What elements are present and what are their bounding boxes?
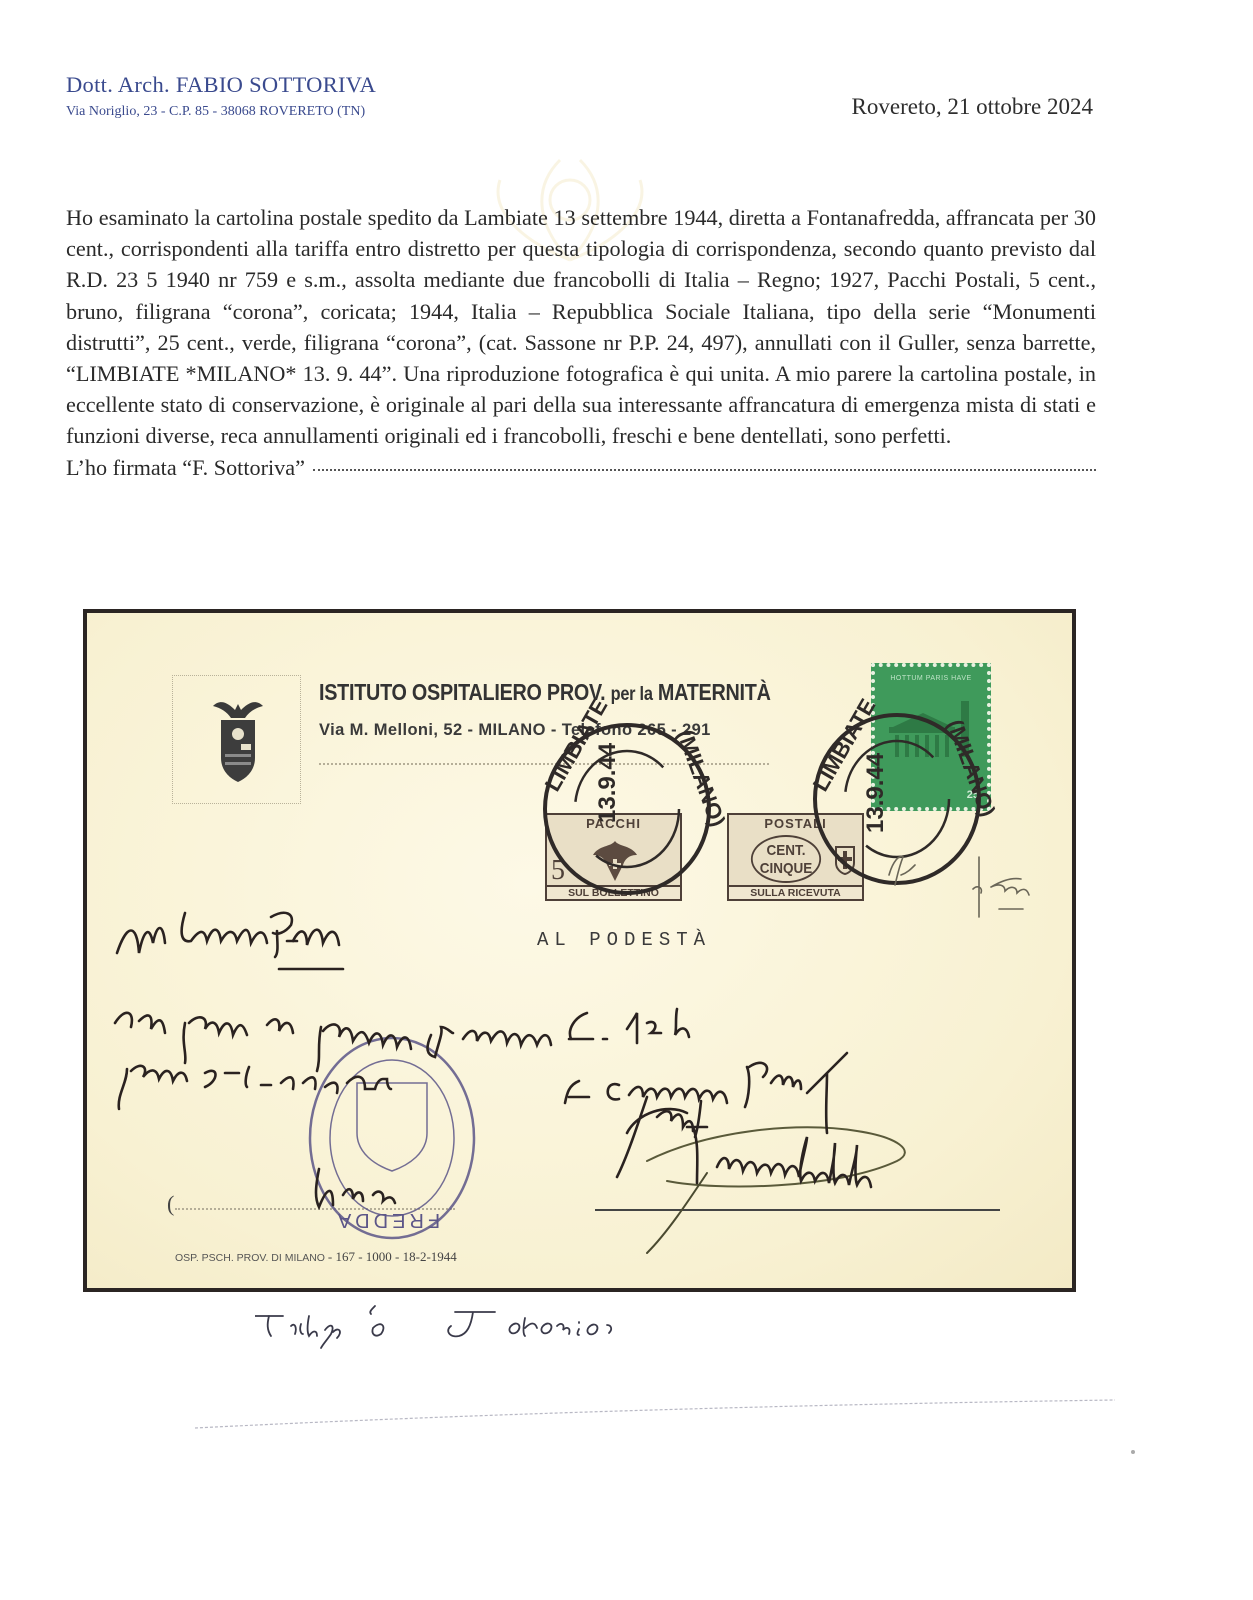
closing-line: L’ho firmata “F. Sottoriva” [66, 452, 1096, 483]
stamp-pacchi-postali-right: POSTALI CENT. CINQUE SULLA RICEVUTA [727, 813, 864, 901]
institute-address: Via M. Melloni, 52 - MILANO - Telefono 2… [319, 721, 711, 740]
letterhead-address: Via Noriglio, 23 - C.P. 85 - 38068 ROVER… [66, 104, 376, 120]
addressee: AL PODESTÀ [537, 929, 711, 951]
closing-text: L’ho firmata “F. Sottoriva” [66, 452, 305, 483]
letterhead-name: Dott. Arch. FABIO SOTTORIVA [66, 72, 376, 98]
faint-underline [195, 1398, 1115, 1438]
monument-icon [885, 697, 977, 767]
speck [1131, 1450, 1135, 1454]
stamp-rsi-25-cent: HOTTUM PARIS HAVE 25 [871, 663, 991, 811]
postcard-image: ISTITUTO OSPITALIERO PROV. per la MATERN… [83, 609, 1076, 1292]
stamp-pacchi-postali-left: PACCHI 5 SUL BOLLETTINO [545, 813, 682, 901]
address-solid-line [595, 1209, 1000, 1211]
coat-of-arms-icon [211, 696, 265, 784]
dotted-leader [313, 469, 1096, 471]
place-date: Rovereto, 21 ottobre 2024 [852, 94, 1093, 120]
letterhead: Dott. Arch. FABIO SOTTORIVA Via Noriglio… [66, 72, 376, 120]
institute-title: ISTITUTO OSPITALIERO PROV. per la MATERN… [319, 679, 771, 706]
expert-signature [255, 1300, 675, 1360]
certificate-paragraph: Ho esaminato la cartolina postale spedit… [66, 202, 1096, 452]
header-rule [319, 763, 769, 765]
bracket-mark: ( [167, 1191, 174, 1217]
savoy-shield-icon [834, 845, 856, 875]
printer-imprint: OSP. PSCH. PROV. DI MILANO - 167 - 1000 … [175, 1249, 457, 1265]
address-dotted-line [175, 1208, 455, 1210]
certificate-text: Ho esaminato la cartolina postale spedit… [66, 202, 1096, 483]
eagle-icon [585, 837, 645, 885]
value-oval: CENT. CINQUE [751, 835, 821, 883]
logo-box [172, 675, 301, 804]
